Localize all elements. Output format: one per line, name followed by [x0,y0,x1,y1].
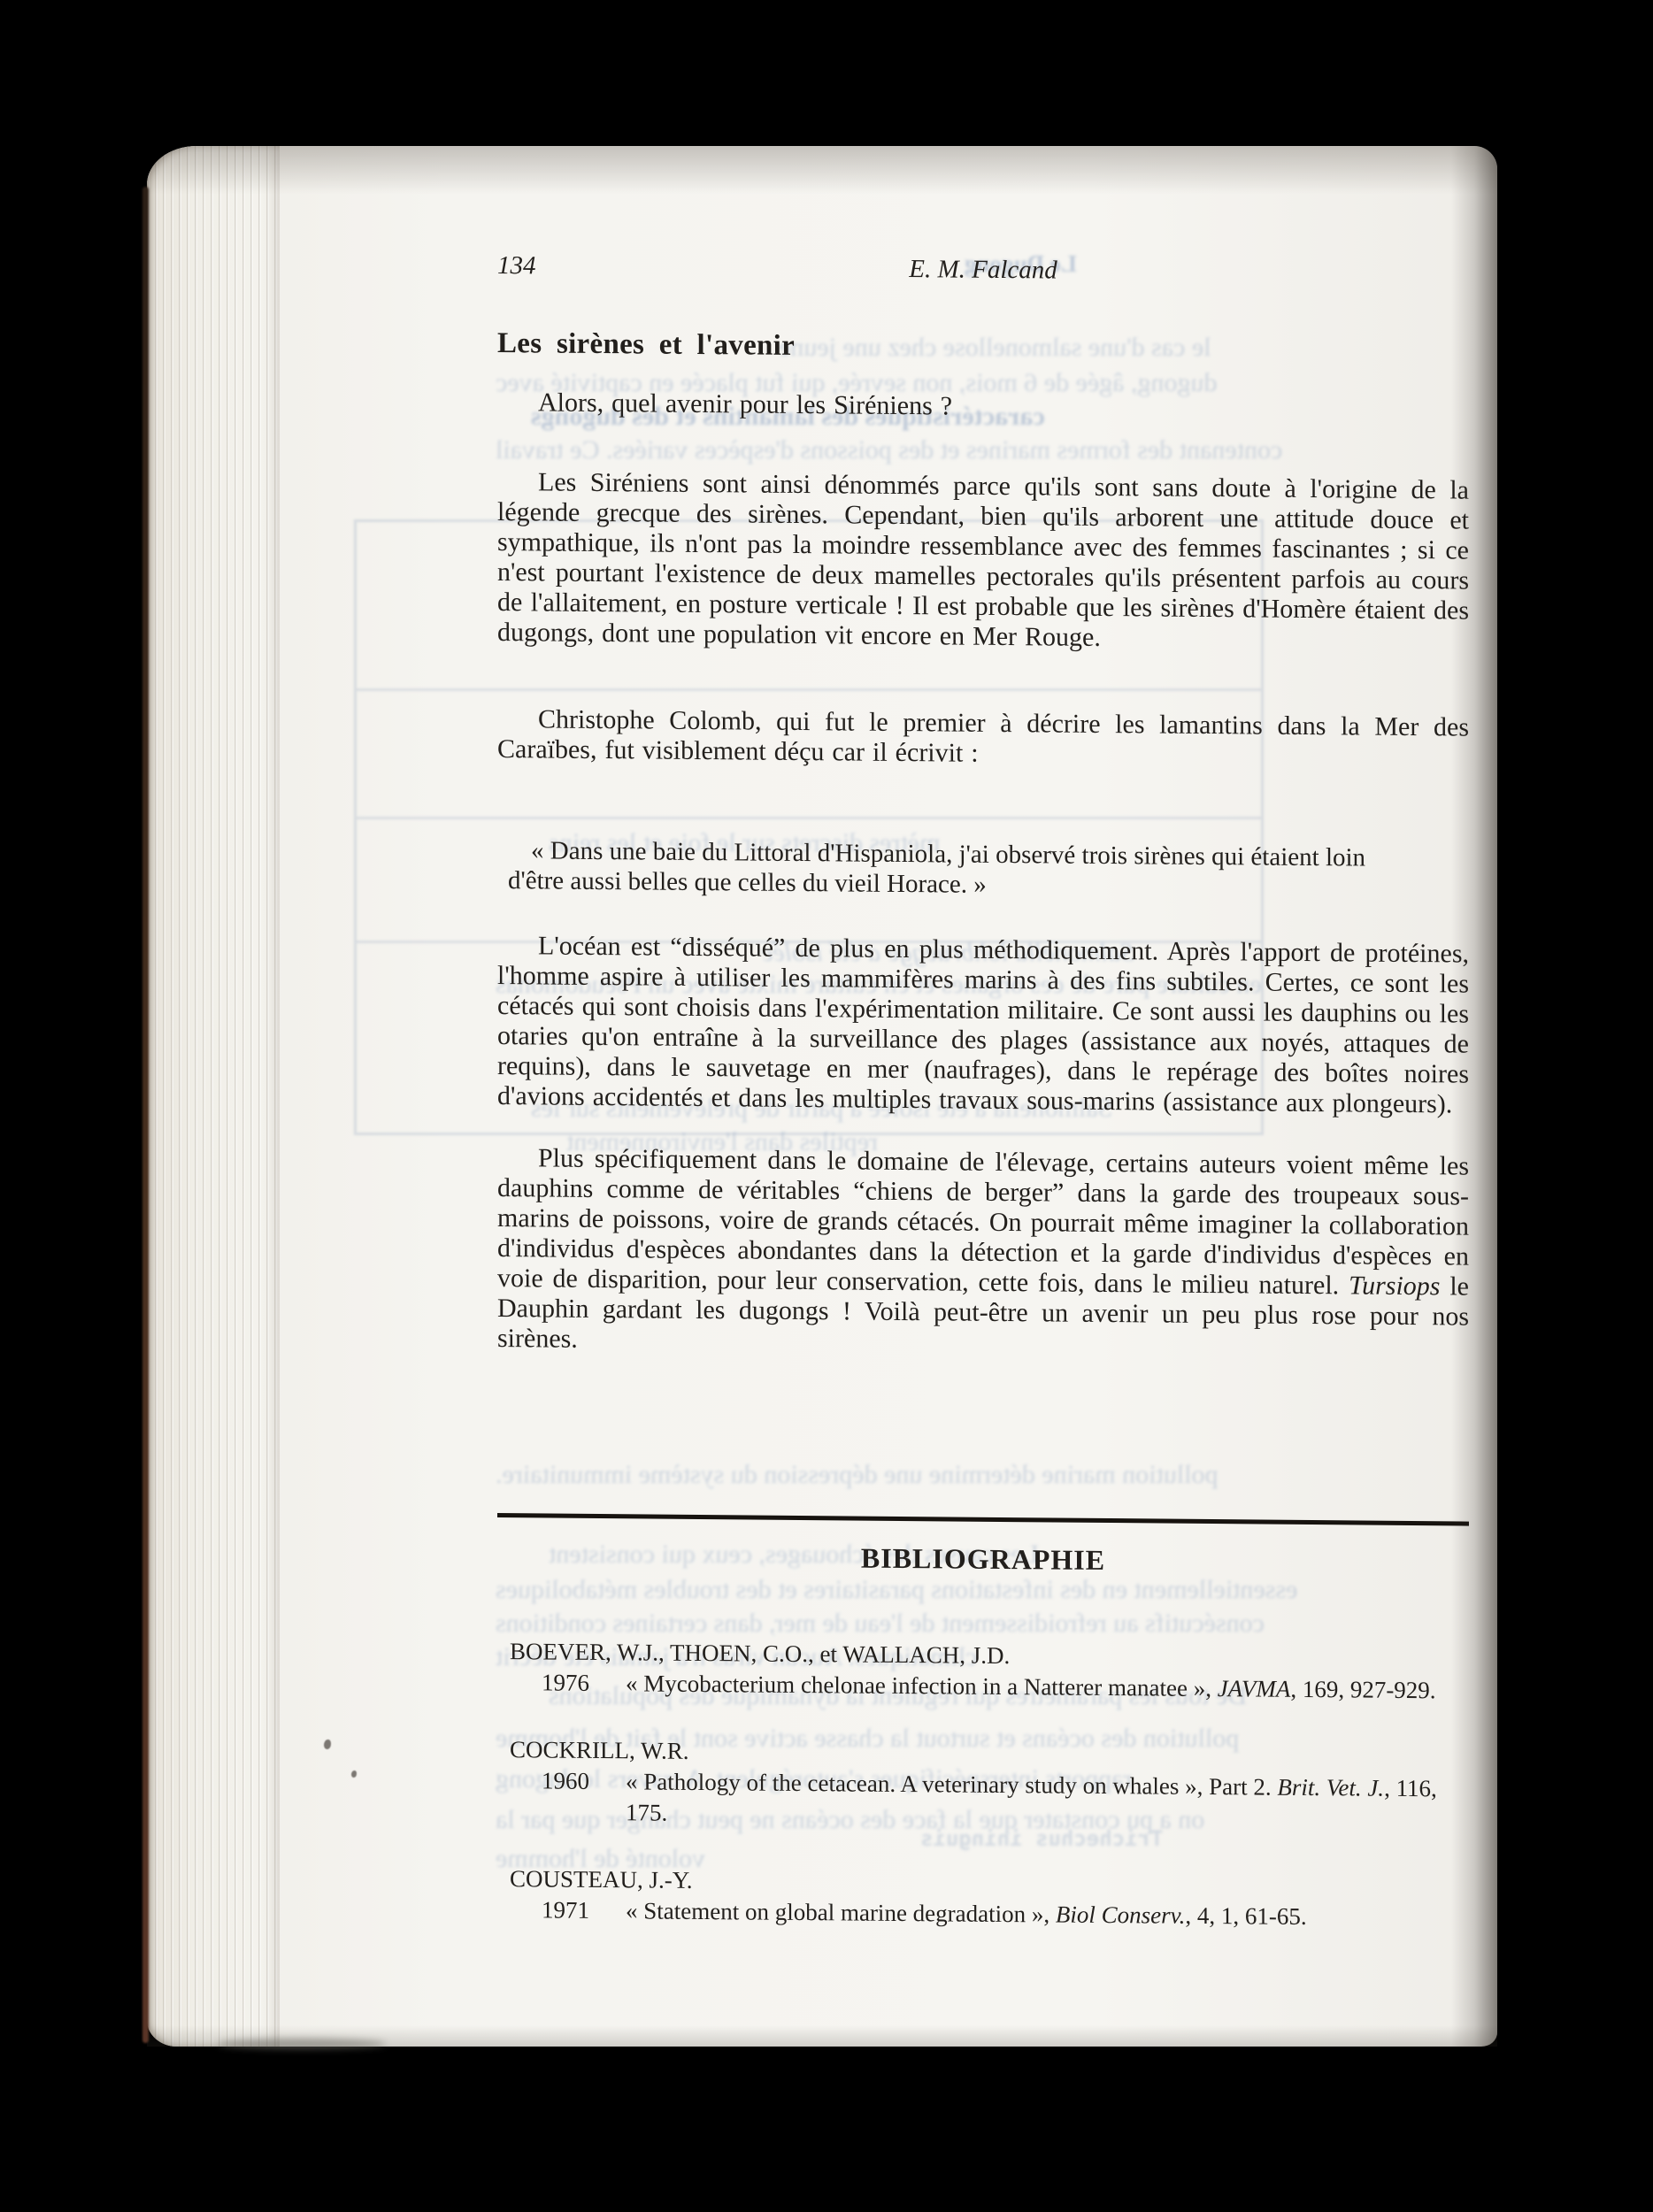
scan-speck [351,1770,357,1778]
photo-background: { "page": { "number": "134", "running_he… [0,0,1653,2212]
scan-speck [324,1740,331,1749]
bibliography-entry: COUSTEAU, J.-Y.1971« Statement on global… [497,1863,1469,1934]
book-page: Le Dugongle cas d'une salmonellose chez … [147,146,1497,2047]
body-paragraph: Alors, quel avenir pour les Siréniens ? [497,388,1469,426]
body-paragraph: L'océan est “disséqué” de plus en plus m… [497,931,1469,1120]
bibliography-entry: BOEVER, W.J., THOEN, C.O., et WALLACH, J… [497,1636,1469,1707]
entry-year: 1960 [497,1765,626,1828]
entry-reference-row: 1960« Pathology of the cetacean. A veter… [497,1765,1469,1836]
page-content: 134 E. M. Falcand Les sirènes et l'aveni… [497,250,1469,1363]
entry-year: 1976 [497,1667,626,1699]
bleed-through-text: pollution marine détermine une dépressio… [496,1462,1218,1488]
body-paragraph: Les Siréniens sont ainsi dénommés parce … [497,467,1469,657]
bibliography-entry: COCKRILL, W.R.1960« Pathology of the cet… [497,1734,1469,1836]
bibliography-entries: BOEVER, W.J., THOEN, C.O., et WALLACH, J… [497,1636,1469,1934]
bibliography-section: BIBLIOGRAPHIE BOEVER, W.J., THOEN, C.O.,… [497,1513,1469,1934]
block-quote: « Dans une baie du Littoral d'Hispaniola… [508,835,1416,903]
page-gutter-shadow [1451,146,1497,2047]
body-text: Alors, quel avenir pour les Siréniens ?L… [497,388,1469,1363]
entry-text: « Pathology of the cetacean. A veterinar… [626,1766,1469,1835]
body-paragraph: Christophe Colomb, qui fut le premier à … [497,704,1469,773]
bibliography-title: BIBLIOGRAPHIE [497,1537,1469,1581]
body-paragraph: Plus spécifiquement dans le domaine de l… [497,1143,1469,1363]
entry-text: « Mycobacterium chelonae infection in a … [626,1668,1469,1706]
section-heading: Les sirènes et l'avenir [497,326,1469,370]
entry-year: 1971 [497,1894,626,1926]
